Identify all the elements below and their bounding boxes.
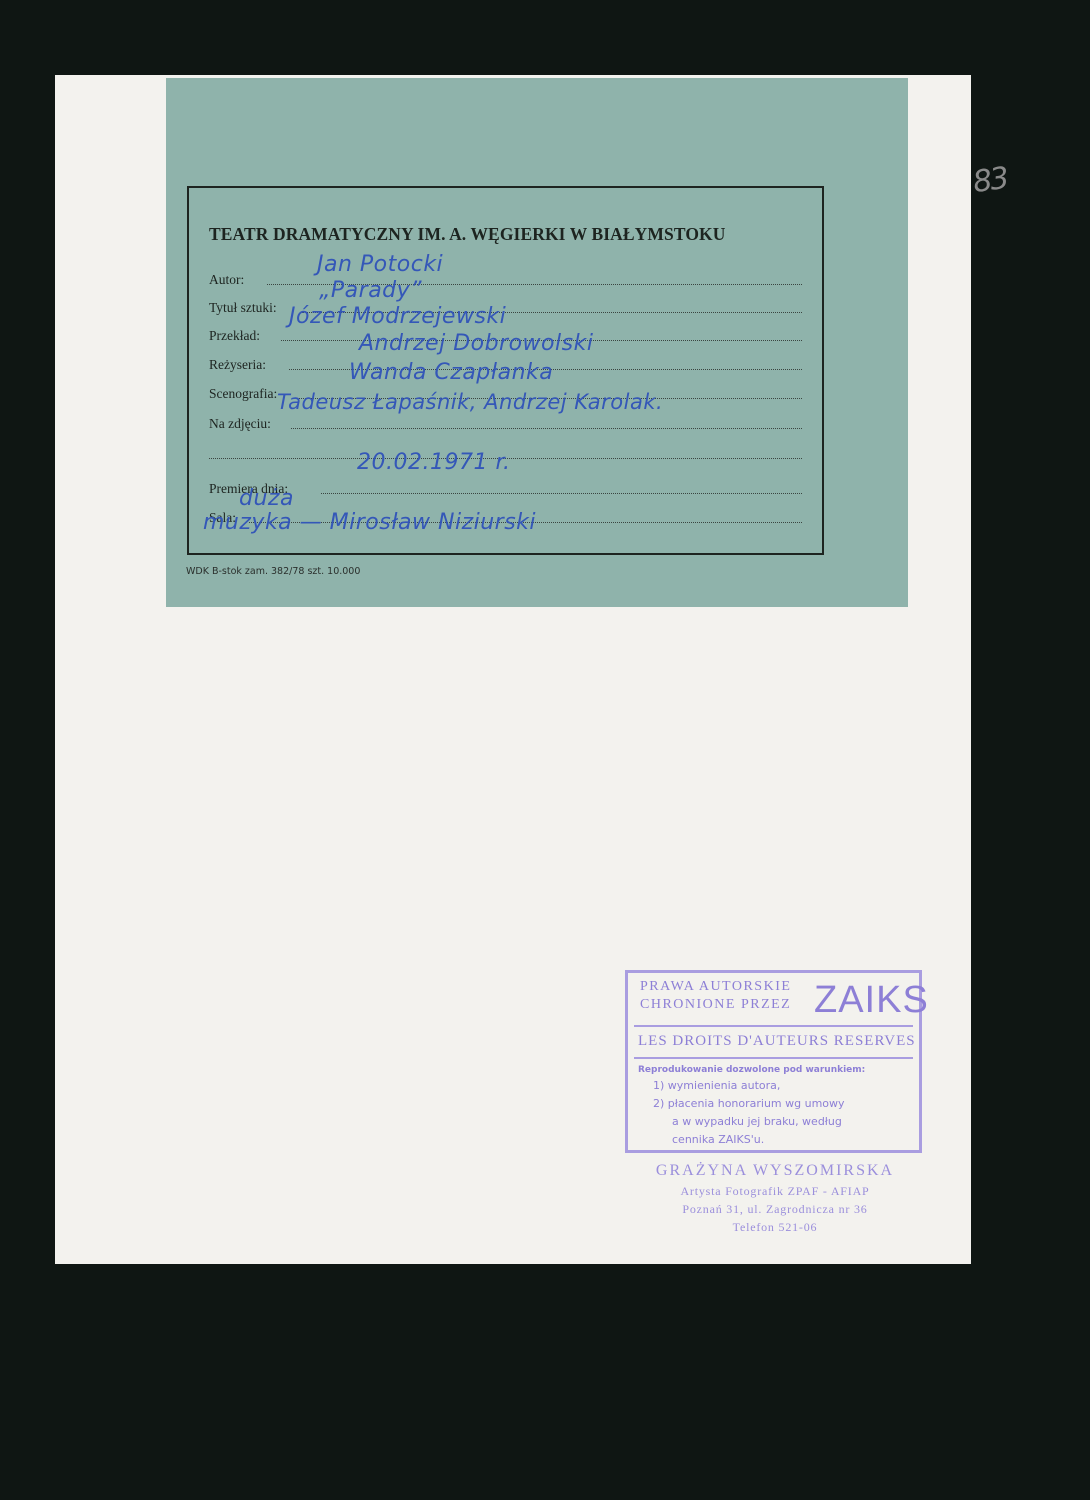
field-value-scenography: Wanda Czapłanka xyxy=(349,360,553,385)
field-row-premiere: Premiera dnia: xyxy=(209,477,802,497)
field-label: Reżyseria: xyxy=(209,357,266,373)
photographer-address: Poznań 31, ul. Zagrodnicza nr 36 xyxy=(620,1200,930,1218)
photographer-phone: Telefon 521-06 xyxy=(620,1218,930,1236)
zaiks-copyright-stamp: PRAWA AUTORSKIE CHRONIONE PRZEZ ZAIKS LE… xyxy=(625,970,922,1153)
field-value-title: „Parady” xyxy=(319,278,422,303)
theatre-info-card: TEATR DRAMATYCZNY IM. A. WĘGIERKI W BIAŁ… xyxy=(166,78,908,607)
music-credit: muzyka — Mirosław Niziurski xyxy=(203,510,536,535)
stamp-line-3: LES DROITS D'AUTEURS RESERVES xyxy=(638,1033,916,1050)
field-value-hall: duża xyxy=(239,486,294,511)
form-title: TEATR DRAMATYCZNY IM. A. WĘGIERKI W BIAŁ… xyxy=(209,224,726,245)
print-info: WDK B-stok zam. 382/78 szt. 10.000 xyxy=(186,566,360,577)
field-row-in-photo: Na zdjęciu: xyxy=(209,412,802,432)
form-frame: TEATR DRAMATYCZNY IM. A. WĘGIERKI W BIAŁ… xyxy=(187,186,824,555)
stamp-condition: 1) wymienienia autora, xyxy=(653,1079,780,1092)
stamp-line-2: CHRONIONE PRZEZ xyxy=(640,997,791,1013)
stamp-divider xyxy=(634,1057,913,1059)
page-number: 83 xyxy=(971,161,1010,200)
photographer-title: Artysta Fotografik ZPAF - AFIAP xyxy=(620,1182,930,1200)
field-value-premiere: 20.02.1971 r. xyxy=(357,450,510,475)
stamp-conditions-heading: Reprodukowanie dozwolone pod warunkiem: xyxy=(638,1065,865,1075)
field-label: Przekład: xyxy=(209,328,260,344)
stamp-condition: a w wypadku jej braku, według xyxy=(672,1115,842,1128)
stamp-condition: cennika ZAIKS'u. xyxy=(672,1133,764,1146)
stamp-divider xyxy=(634,1025,913,1027)
photographer-stamp: GRAŻYNA WYSZOMIRSKA Artysta Fotografik Z… xyxy=(620,1160,930,1236)
field-value-author: Jan Potocki xyxy=(317,252,443,277)
field-label: Tytuł sztuki: xyxy=(209,300,277,316)
field-value-in-photo: Tadeusz Łapaśnik, Andrzej Karolak. xyxy=(277,390,663,414)
field-row-author: Autor: xyxy=(209,268,802,288)
stamp-line-1: PRAWA AUTORSKIE xyxy=(640,979,791,995)
field-label: Na zdjęciu: xyxy=(209,416,271,432)
field-label: Autor: xyxy=(209,272,244,288)
stamp-condition: 2) płacenia honorarium wg umowy xyxy=(653,1097,845,1110)
field-label: Scenografia: xyxy=(209,386,277,402)
photographer-name: GRAŻYNA WYSZOMIRSKA xyxy=(620,1160,930,1182)
zaiks-logo: ZAIKS xyxy=(814,979,929,1022)
field-value-direction: Andrzej Dobrowolski xyxy=(359,331,593,356)
field-value-translation: Józef Modrzejewski xyxy=(289,304,506,329)
